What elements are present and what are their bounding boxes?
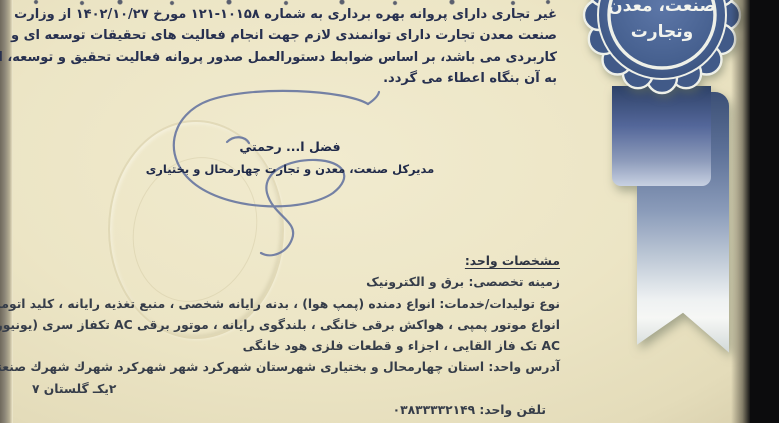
products-line: نوع تولیدات/خدمات: انواع دمنده (پمپ هوا)… [28, 294, 560, 315]
award-ribbon [596, 78, 748, 370]
products-line: AC تک فاز القایی ، اجزاء و قطعات فلزی هو… [28, 336, 560, 357]
signatory-name: فضل ا... رحمتي [170, 139, 410, 154]
specs-heading: مشخصات واحد: [28, 251, 560, 272]
ribbon-front [612, 86, 711, 186]
rosette-badge: صنعت، معدن وتجارت [578, 0, 746, 100]
badge-text-line2: وتجارت [631, 22, 693, 42]
body-line: صنعت معدن تجارت دارای توانمندی لازم جهت … [22, 25, 557, 46]
signatory-title: مدیرکل صنعت، معدن و تجارت چهارمحال و بخت… [100, 162, 480, 176]
right-edge-shadow [731, 0, 750, 423]
specialty-line: زمینه تخصصی: برق و الکترونیک [28, 272, 560, 293]
body-line: به آن بنگاه اعطاء می گردد. [22, 68, 557, 89]
address-line: آدرس واحد: استان چهارمحال و بختیاری شهرس… [28, 357, 560, 378]
scanned-certificate: { "colors": { "paper": "#ece5c5", "ink":… [0, 0, 779, 423]
phone-line: تلفن واحد: ۰۳۸۳۳۳۳۲۱۴۹ [28, 400, 560, 421]
address-line: ۲یکـ گلستان ۷ [28, 379, 560, 400]
badge-text-line1: صنعت، معدن [608, 0, 716, 16]
right-black-backing [750, 0, 779, 423]
certificate-body: غیر تجاری دارای پروانه بهره برداری به شم… [22, 4, 557, 90]
body-line: کاربردی می باشد، بر اساس ضوابط دستورالعم… [22, 47, 557, 68]
body-line: غیر تجاری دارای پروانه بهره برداری به شم… [22, 4, 557, 25]
unit-specs: مشخصات واحد: زمینه تخصصی: برق و الکترونی… [28, 251, 560, 421]
products-line: انواع موتور پمپی ، هواکش برقی خانگی ، بل… [28, 315, 560, 336]
